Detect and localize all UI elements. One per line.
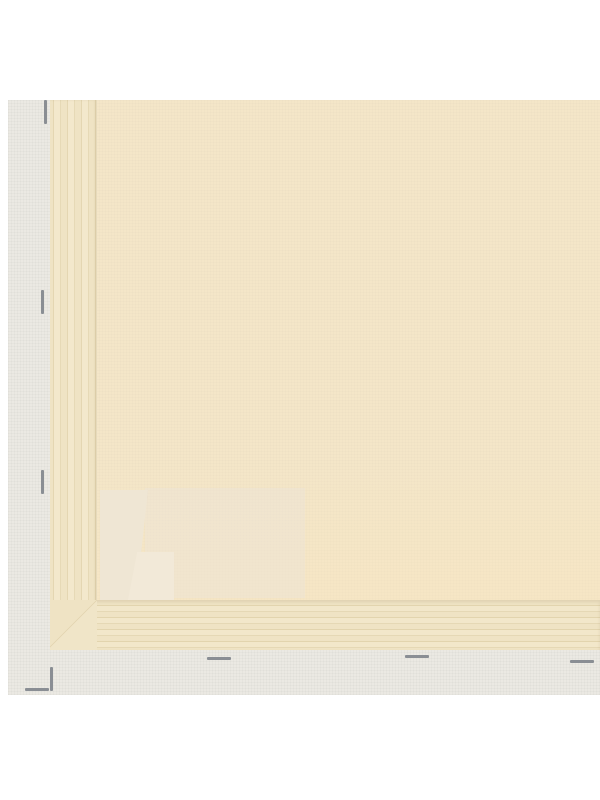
fabric-wrap-bottom [8, 650, 600, 695]
staple-icon [44, 100, 47, 124]
stretcher-bar-bottom [90, 600, 600, 650]
staple-icon [405, 655, 429, 658]
staple-icon [570, 660, 594, 663]
fabric-wrap-left [8, 100, 50, 695]
staple-icon [25, 688, 49, 691]
staple-icon [41, 470, 44, 494]
stretcher-corner-joint [47, 600, 97, 650]
staple-icon [41, 290, 44, 314]
canvas-photo [0, 0, 600, 800]
staple-icon [207, 657, 231, 660]
stretcher-bar-left [47, 100, 97, 650]
staple-icon [50, 667, 53, 691]
